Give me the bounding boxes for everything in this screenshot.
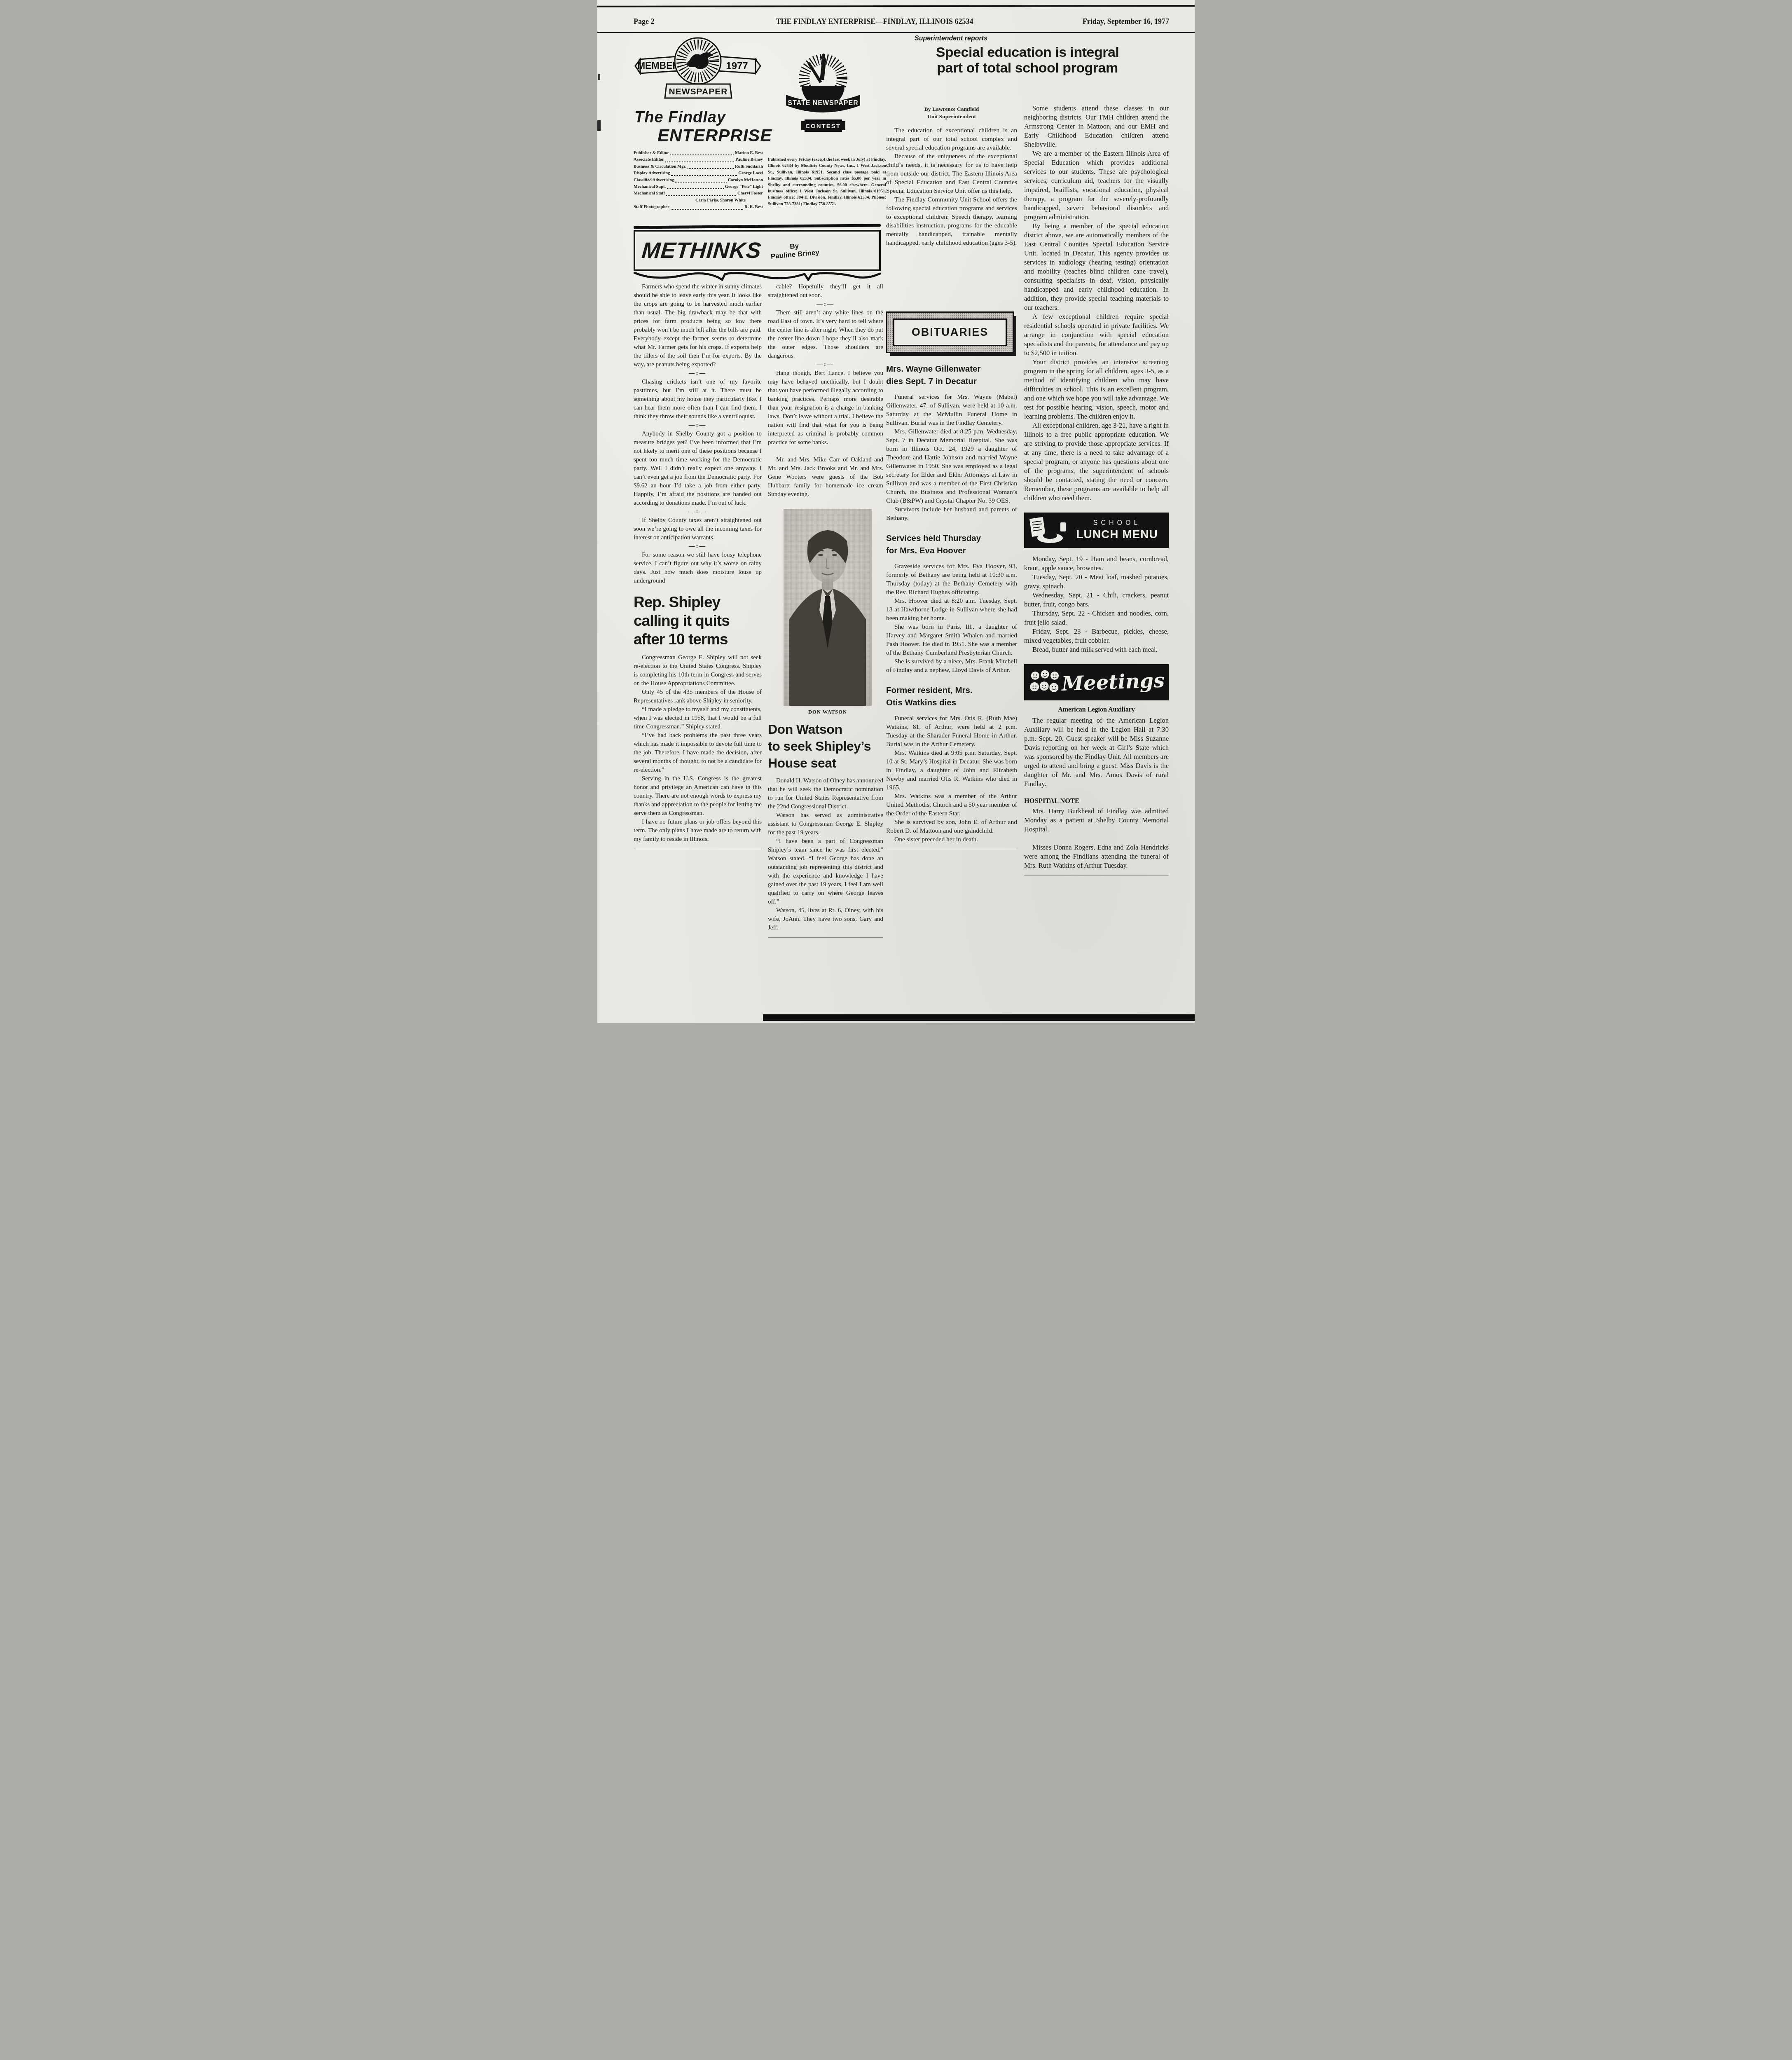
banner-wave-decoration — [634, 271, 881, 281]
state-newspaper-contest-icon: STATE NEWSPAPER CONTEST — [781, 47, 866, 139]
obituaries-box-title: OBITUARIES — [893, 318, 1007, 346]
special-ed-column-right: Some students attend these classes in ou… — [1024, 104, 1169, 875]
gillenwater-article-body: Funeral services for Mrs. Wayne (Mabel) … — [886, 393, 1017, 522]
dot-leader — [671, 209, 743, 210]
page-number: Page 2 — [634, 17, 654, 26]
article-paragraph: Mrs. Hoover died at 8:20 a.m. Tuesday, S… — [886, 597, 1017, 623]
staff-name: R. R. Best — [744, 204, 763, 211]
member-ribbon-label: MEMBER — [637, 60, 680, 71]
contest-banner-label: STATE NEWSPAPER — [788, 100, 858, 107]
headline-line: calling it quits — [634, 611, 762, 630]
article-paragraph: Serving in the U.S. Congress is the grea… — [634, 775, 762, 818]
staff-role: Associate Editor — [634, 157, 664, 163]
article-paragraph: Watson, 45, lives at Rt. 6, Olney, with … — [768, 906, 883, 932]
gillenwater-headline: Mrs. Wayne Gillenwater dies Sept. 7 in D… — [886, 363, 1017, 388]
methinks-paragraph: Hang though, Bert Lance. I believe you m… — [768, 369, 883, 447]
headline-line: Rep. Shipley — [634, 593, 762, 611]
staff-role: Mechanical Staff — [634, 190, 665, 197]
paper-name-line2: ENTERPRISE — [657, 127, 772, 144]
dot-leader — [670, 154, 734, 155]
headline-line: dies Sept. 7 in Decatur — [886, 375, 1017, 388]
staff-role: Mechanical Supt. — [634, 184, 666, 190]
dot-leader — [666, 195, 736, 196]
headline-line: Services held Thursday — [886, 532, 1017, 545]
article-body: The education of exceptional children is… — [886, 126, 1017, 247]
methinks-paragraph: —:— — [634, 508, 762, 516]
headline-line: part of total school program — [886, 60, 1169, 76]
page-header: Page 2 THE FINDLAY ENTERPRISE—FINDLAY, I… — [597, 17, 1195, 30]
methinks-paragraph: Anybody in Shelby County got a position … — [634, 430, 762, 508]
methinks-title: METHINKS — [641, 239, 763, 262]
methinks-paragraph: cable? Hopefully they’ll get it all stra… — [768, 283, 883, 300]
legion-text: The regular meeting of the American Legi… — [1024, 716, 1169, 789]
meetings-banner-script: Meetings — [1061, 671, 1165, 694]
headline-line: Mrs. Wayne Gillenwater — [886, 363, 1017, 375]
staff-name: George “Pete” Light — [725, 184, 763, 190]
methinks-paragraph: For some reason we still have lousy tele… — [634, 551, 762, 585]
article-paragraph: “I made a pledge to myself and my consti… — [634, 705, 762, 731]
article-paragraph: “I’ve had back problems the past three y… — [634, 731, 762, 775]
staff-name: Marion E. Best — [735, 150, 763, 157]
headline-line: to seek Shipley’s — [768, 738, 883, 755]
staff-row: Carla Parks, Sharon White — [634, 197, 763, 204]
meetings-banner: Meetings — [1024, 664, 1169, 700]
methinks-box: METHINKS By Pauline Briney — [634, 230, 881, 271]
lunch-plate-icon — [1027, 516, 1069, 545]
school-lunch-menu-banner: SCHOOL LUNCH MENU — [1024, 513, 1169, 548]
year-ribbon-label: 1977 — [726, 61, 748, 72]
portrait-illustration — [784, 509, 872, 706]
don-watson-photo — [784, 509, 872, 706]
hospital-note-heading: HOSPITAL NOTE — [1024, 797, 1169, 805]
hoover-article-body: Graveside services for Mrs. Eva Hoover, … — [886, 562, 1017, 674]
methinks-paragraph: —:— — [634, 421, 762, 430]
headline-line: after 10 terms — [634, 630, 762, 648]
article-body: Some students attend these classes in ou… — [1024, 104, 1169, 503]
lunch-menu-note: Bread, butter and milk served with each … — [1024, 645, 1169, 654]
staff-row: Publisher & EditorMarion E. Best — [634, 150, 763, 157]
methinks-body-left: Farmers who spend the winter in sunny cl… — [634, 283, 762, 585]
staff-list: Publisher & EditorMarion E. Best Associa… — [634, 150, 763, 211]
page-date: Friday, September 16, 1977 — [1083, 17, 1169, 26]
photo-caption: DON WATSON — [784, 709, 872, 715]
methinks-paragraph: —:— — [634, 542, 762, 551]
paper-name-line1: The Findlay — [634, 110, 726, 125]
staff-name: Carolyn McHatton — [728, 177, 763, 184]
staff-role: Staff Photographer — [634, 204, 669, 211]
article-paragraph: Congressman George E. Shipley will not s… — [634, 653, 762, 688]
banner-top-bar — [634, 224, 881, 229]
article-paragraph: Mrs. Watkins was a member of the Arthur … — [886, 792, 1017, 818]
article-paragraph: Watson has served as administrative assi… — [768, 811, 883, 837]
top-rule — [597, 5, 1195, 7]
article-paragraph: Donald H. Watson of Olney has announced … — [768, 777, 883, 811]
staff-row: Display AdvertisingGeorge Lozzi — [634, 170, 763, 177]
lunch-menu-item: Wednesday, Sept. 21 - Chili, crackers, p… — [1024, 591, 1169, 609]
lunch-menu-item: Tuesday, Sept. 20 - Meat loaf, mashed po… — [1024, 573, 1169, 591]
article-paragraph: Mrs. Gillenwater died at 8:25 p.m. Wedne… — [886, 427, 1017, 505]
article-paragraph: Funeral services for Mrs. Otis R. (Ruth … — [886, 714, 1017, 749]
lunch-menu-item: Friday, Sept. 23 - Barbecue, pickles, ch… — [1024, 627, 1169, 645]
article-paragraph: Only 45 of the 435 members of the House … — [634, 688, 762, 705]
staff-row: Classified AdvertisingCarolyn McHatton — [634, 177, 763, 184]
methinks-paragraph: —:— — [634, 369, 762, 378]
shipley-headline: Rep. Shipley calling it quits after 10 t… — [634, 593, 762, 648]
dot-leader — [675, 182, 726, 183]
headline-line: House seat — [768, 755, 883, 772]
methinks-paragraph: There still aren’t any white lines on th… — [768, 309, 883, 360]
article-paragraph: She is survived by son, John E. of Arthu… — [886, 818, 1017, 835]
article-paragraph: Some students attend these classes in ou… — [1024, 104, 1169, 149]
lunch-menu-item: Monday, Sept. 19 - Ham and beans, cornbr… — [1024, 555, 1169, 573]
dot-leader — [667, 188, 724, 189]
staff-role: Publisher & Editor — [634, 150, 669, 157]
staff-name: George Lozzi — [738, 170, 763, 177]
article-paragraph: One sister preceded her in death. — [886, 835, 1017, 844]
column-end-rule — [886, 849, 1017, 849]
staff-name: Cheryl Foster — [737, 190, 763, 197]
dot-leader — [665, 162, 734, 162]
article-paragraph: She was born in Paris, Ill., a daughter … — [886, 623, 1017, 657]
shipley-article-body: Congressman George E. Shipley will not s… — [634, 653, 762, 844]
staff-row: Business & Circulation Mgr.Ruth Suddarth — [634, 164, 763, 170]
staff-name: Pauline Briney — [735, 157, 763, 163]
staff-row: Associate EditorPauline Briney — [634, 157, 763, 163]
methinks-column-right: cable? Hopefully they’ll get it all stra… — [768, 283, 883, 938]
article-paragraph: Graveside services for Mrs. Eva Hoover, … — [886, 562, 1017, 597]
column-end-rule — [1024, 875, 1169, 875]
article-paragraph: The education of exceptional children is… — [886, 126, 1017, 152]
methinks-paragraph: If Shelby County taxes aren’t straighten… — [634, 516, 762, 542]
staff-name: Ruth Suddarth — [735, 164, 763, 170]
methinks-paragraph: —:— — [768, 360, 883, 369]
watson-article-body: Donald H. Watson of Olney has announced … — [768, 777, 883, 932]
publication-info: Published every Friday (except the last … — [768, 157, 886, 207]
staff-row: Mechanical Supt.George “Pete” Light — [634, 184, 763, 190]
article-paragraph: “I have been a part of Congressman Shipl… — [768, 837, 883, 906]
kicker: Superintendent reports — [915, 35, 987, 42]
staff-role: Business & Circulation Mgr. — [634, 164, 686, 170]
scan-artifact-bottom-bar — [763, 1014, 1195, 1021]
staff-row: Staff PhotographerR. R. Best — [634, 204, 763, 211]
obituaries-box: OBITUARIES — [886, 311, 1014, 353]
article-paragraph: We are a member of the Eastern Illinois … — [1024, 149, 1169, 222]
methinks-paragraph: Mr. and Mrs. Mike Carr of Oakland and Mr… — [768, 456, 883, 499]
watkins-headline: Former resident, Mrs. Otis Watkins dies — [886, 684, 1017, 709]
byline-author: By Lawrence Camfield — [886, 105, 1017, 113]
methinks-body-right: cable? Hopefully they’ll get it all stra… — [768, 283, 883, 499]
methinks-byline: By Pauline Briney — [770, 240, 819, 261]
byline-title: Unit Superintendent — [886, 113, 1017, 120]
methinks-paragraph: —:— — [768, 300, 883, 309]
newspaper-ribbon-label: NEWSPAPER — [669, 87, 728, 96]
lunch-banner-line1: SCHOOL — [1069, 520, 1165, 527]
staff-role: Classified Advertising — [634, 177, 674, 184]
faces-icon — [1028, 667, 1062, 698]
social-note-text: Misses Donna Rogers, Edna and Zola Hendr… — [1024, 843, 1169, 870]
watkins-article-body: Funeral services for Mrs. Otis R. (Ruth … — [886, 714, 1017, 844]
article-paragraph: I have no future plans or job offers bey… — [634, 818, 762, 844]
column-end-rule — [634, 849, 762, 849]
watson-headline: Don Watson to seek Shipley’s House seat — [768, 721, 883, 772]
article-paragraph: She is survived by a niece, Mrs. Frank M… — [886, 657, 1017, 674]
article-paragraph: Funeral services for Mrs. Wayne (Mabel) … — [886, 393, 1017, 427]
headline-line: Otis Watkins dies — [886, 697, 1017, 709]
article-paragraph: The Findlay Community Unit School offers… — [886, 195, 1017, 247]
staff-role: Display Advertising — [634, 170, 670, 177]
contest-box-label: CONTEST — [805, 123, 841, 130]
hospital-note-text: Mrs. Harry Burkhead of Findlay was admit… — [1024, 807, 1169, 834]
newspaper-page: Page 2 THE FINDLAY ENTERPRISE—FINDLAY, I… — [597, 0, 1195, 1023]
headline-line: Don Watson — [768, 721, 883, 738]
headline-line: Special education is integral — [886, 44, 1169, 60]
special-ed-column-left: By Lawrence Camfield Unit Superintendent… — [886, 105, 1017, 247]
article-paragraph: Because of the uniqueness of the excepti… — [886, 152, 1017, 195]
dot-leader — [688, 168, 734, 169]
headline-line: Former resident, Mrs. — [886, 684, 1017, 697]
scan-artifact-left-mark — [597, 120, 601, 131]
scan-artifact-left-mark-small — [598, 74, 600, 80]
article-paragraph: By being a member of the special educati… — [1024, 222, 1169, 312]
article-paragraph: Mrs. Watkins died at 9:05 p.m. Saturday,… — [886, 749, 1017, 792]
header-rule — [597, 32, 1195, 33]
methinks-banner: METHINKS By Pauline Briney — [634, 225, 881, 283]
newspaper-title: THE FINDLAY ENTERPRISE—FINDLAY, ILLINOIS… — [776, 17, 973, 26]
methinks-paragraph: Farmers who spend the winter in sunny cl… — [634, 283, 762, 369]
staff-name: Carla Parks, Sharon White — [695, 197, 746, 204]
article-paragraph: All exceptional children, age 3-21, have… — [1024, 421, 1169, 503]
obituaries-column: OBITUARIES Mrs. Wayne Gillenwater dies S… — [886, 311, 1017, 849]
article-paragraph: Survivors include her husband and parent… — [886, 505, 1017, 522]
lunch-menu-list: Monday, Sept. 19 - Ham and beans, cornbr… — [1024, 555, 1169, 645]
staff-row: Mechanical StaffCheryl Foster — [634, 190, 763, 197]
lunch-banner-text: SCHOOL LUNCH MENU — [1069, 520, 1165, 541]
lunch-menu-item: Thursday, Sept. 22 - Chicken and noodles… — [1024, 609, 1169, 627]
methinks-paragraph: Chasing crickets isn’t one of my favorit… — [634, 378, 762, 421]
special-ed-headline: Special education is integral part of to… — [886, 44, 1169, 76]
byline: By Lawrence Camfield Unit Superintendent — [886, 105, 1017, 120]
dot-leader — [671, 175, 737, 176]
press-association-seal-icon: MEMBER 1977 NEWSPAPER — [634, 35, 762, 110]
lunch-banner-line2: LUNCH MENU — [1069, 528, 1165, 541]
legion-heading: American Legion Auxiliary — [1024, 706, 1169, 714]
headline-line: for Mrs. Eva Hoover — [886, 545, 1017, 557]
column-end-rule — [768, 937, 883, 938]
methinks-column-left: Farmers who spend the winter in sunny cl… — [634, 283, 762, 849]
article-paragraph: A few exceptional children require speci… — [1024, 312, 1169, 358]
article-paragraph: Your district provides an intensive scre… — [1024, 358, 1169, 421]
hoover-headline: Services held Thursday for Mrs. Eva Hoov… — [886, 532, 1017, 557]
